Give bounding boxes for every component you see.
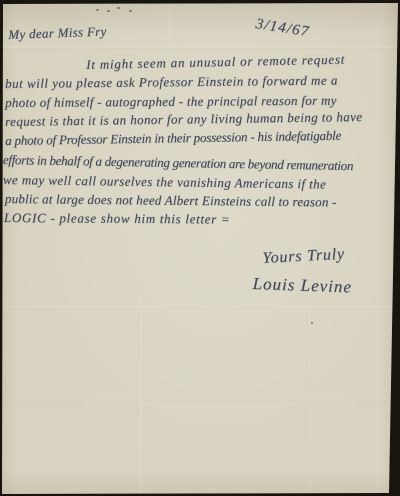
body-line: photo of himself - autographed - the pri…	[5, 93, 337, 111]
paper-smudge	[107, 10, 110, 12]
fold-crease	[308, 300, 311, 495]
body-line: but will you please ask Professor Einste…	[5, 73, 338, 92]
fold-crease	[3, 398, 393, 401]
letter-page: 3/14/67 My dear Miss Fry It might seem a…	[0, 0, 400, 496]
fold-crease	[168, 3, 171, 58]
body-line: request is that it is an honor for any l…	[5, 109, 363, 130]
fold-crease	[139, 295, 142, 495]
body-line: efforts in behalf of a degenerating gene…	[3, 152, 354, 174]
ink-spot	[311, 322, 313, 324]
salutation: My dear Miss Fry	[8, 24, 107, 43]
paper-smudge	[96, 9, 99, 11]
signature: Louis Levine	[252, 274, 352, 297]
scanned-letter: 3/14/67 My dear Miss Fry It might seem a…	[0, 0, 400, 496]
body-line: public at large does not heed Albert Ein…	[5, 191, 337, 210]
body-line: It might seem an unusual or remote reque…	[86, 52, 345, 73]
body-line: we may well call ourselves the vanishing…	[3, 172, 327, 193]
body-line: a photo of Professor Einstein in their p…	[5, 128, 341, 149]
closing: Yours Truly	[262, 246, 345, 268]
paper-smudge	[129, 10, 132, 12]
fold-crease	[376, 55, 379, 493]
fold-crease	[3, 306, 395, 309]
paper-smudge	[117, 7, 120, 9]
body-line: LOGIC - please show him this letter =	[4, 210, 231, 228]
letter-date: 3/14/67	[254, 16, 310, 41]
fold-crease	[3, 46, 397, 49]
